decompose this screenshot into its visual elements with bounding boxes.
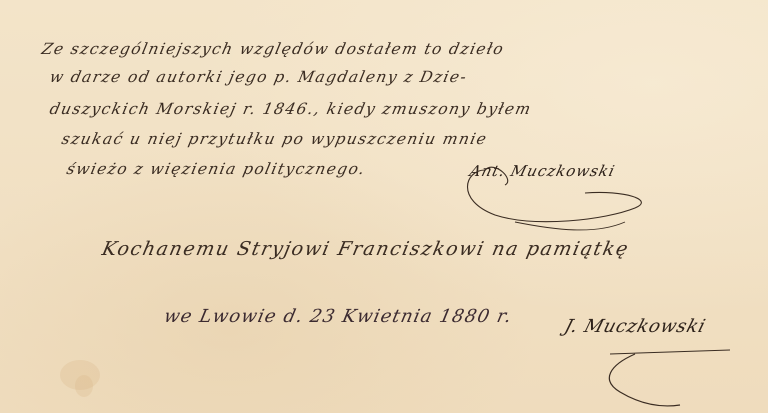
manuscript-page: Ze szczególniejszych względów dostałem t… (0, 0, 768, 413)
note-line-5: świeżo z więzienia politycznego. (65, 160, 367, 178)
closing-signature: J. Muczkowski (562, 316, 708, 337)
note-line-4: szukać u niej przytułku po wypuszczeniu … (60, 130, 489, 148)
note-line-2: w darze od autorki jego p. Magdaleny z D… (48, 68, 469, 86)
paper-stain (75, 375, 93, 397)
note-line-1: Ze szczególniejszych względów dostałem t… (40, 40, 506, 58)
note-signature-flourish (455, 160, 645, 235)
dedication-line: Kochanemu Stryjowi Franciszkowi na pamią… (100, 238, 631, 260)
place-and-date: we Lwowie d. 23 Kwietnia 1880 r. (162, 306, 514, 327)
closing-signature-flourish (590, 350, 740, 410)
note-line-3: duszyckich Morskiej r. 1846., kiedy zmus… (48, 100, 534, 118)
